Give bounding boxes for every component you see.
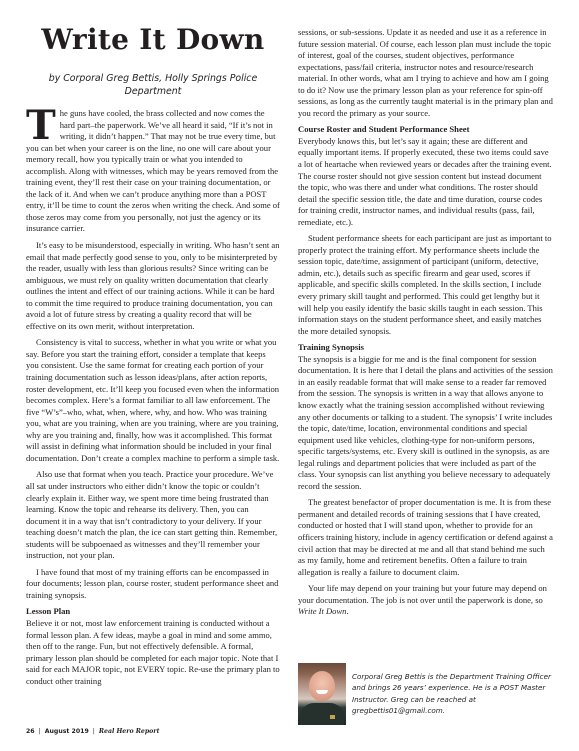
- paragraph-intro: The guns have cooled, the brass collecte…: [26, 108, 280, 235]
- issue-date: August 2019: [45, 728, 89, 735]
- paragraph: Also use that format when you teach. Pra…: [26, 469, 280, 561]
- drop-cap: T: [26, 109, 56, 142]
- section-heading-training-synopsis: Training Synopsis: [298, 342, 554, 354]
- paragraph: Consistency is vital to success, whether…: [26, 337, 280, 464]
- paragraph: The greatest benefactor of proper docume…: [298, 497, 554, 578]
- right-column: sessions, or sub-sessions. Update it as …: [298, 27, 554, 618]
- publication-name: Real Hero Report: [99, 728, 160, 735]
- paragraph: The synopsis is a biggie for me and is t…: [298, 354, 554, 493]
- uniform-shape: [300, 703, 344, 725]
- paragraph: Student performance sheets for each part…: [298, 233, 554, 337]
- author-bio: Corporal Greg Bettis is the Department T…: [298, 663, 554, 725]
- author-photo: [298, 663, 346, 725]
- paragraph: Believe it or not, most law enforcement …: [26, 618, 280, 687]
- badge-icon: [330, 715, 335, 719]
- page-footer: 26|August 2019|Real Hero Report: [26, 728, 159, 735]
- section-heading-course-roster: Course Roster and Student Performance Sh…: [298, 124, 554, 136]
- author-bio-text: Corporal Greg Bettis is the Department T…: [352, 671, 552, 716]
- italic-title-reference: Write It Down: [298, 606, 346, 616]
- page-number: 26: [26, 728, 35, 735]
- article-byline: by Corporal Greg Bettis, Holly Springs P…: [26, 72, 280, 98]
- article-title: Write It Down: [26, 24, 280, 56]
- paragraph: It’s easy to be misunderstood, especiall…: [26, 240, 280, 332]
- footer-separator: |: [39, 728, 41, 735]
- left-column: Write It Down by Corporal Greg Bettis, H…: [26, 0, 280, 687]
- paragraph: Everybody knows this, but let’s say it a…: [298, 136, 554, 228]
- footer-separator: |: [93, 728, 95, 735]
- paragraph: sessions, or sub-sessions. Update it as …: [298, 27, 554, 119]
- paragraph: I have found that most of my training ef…: [26, 567, 280, 602]
- paragraph-closing: Your life may depend on your training bu…: [298, 583, 554, 618]
- face-shape: [309, 671, 335, 701]
- section-heading-lesson-plan: Lesson Plan: [26, 606, 280, 618]
